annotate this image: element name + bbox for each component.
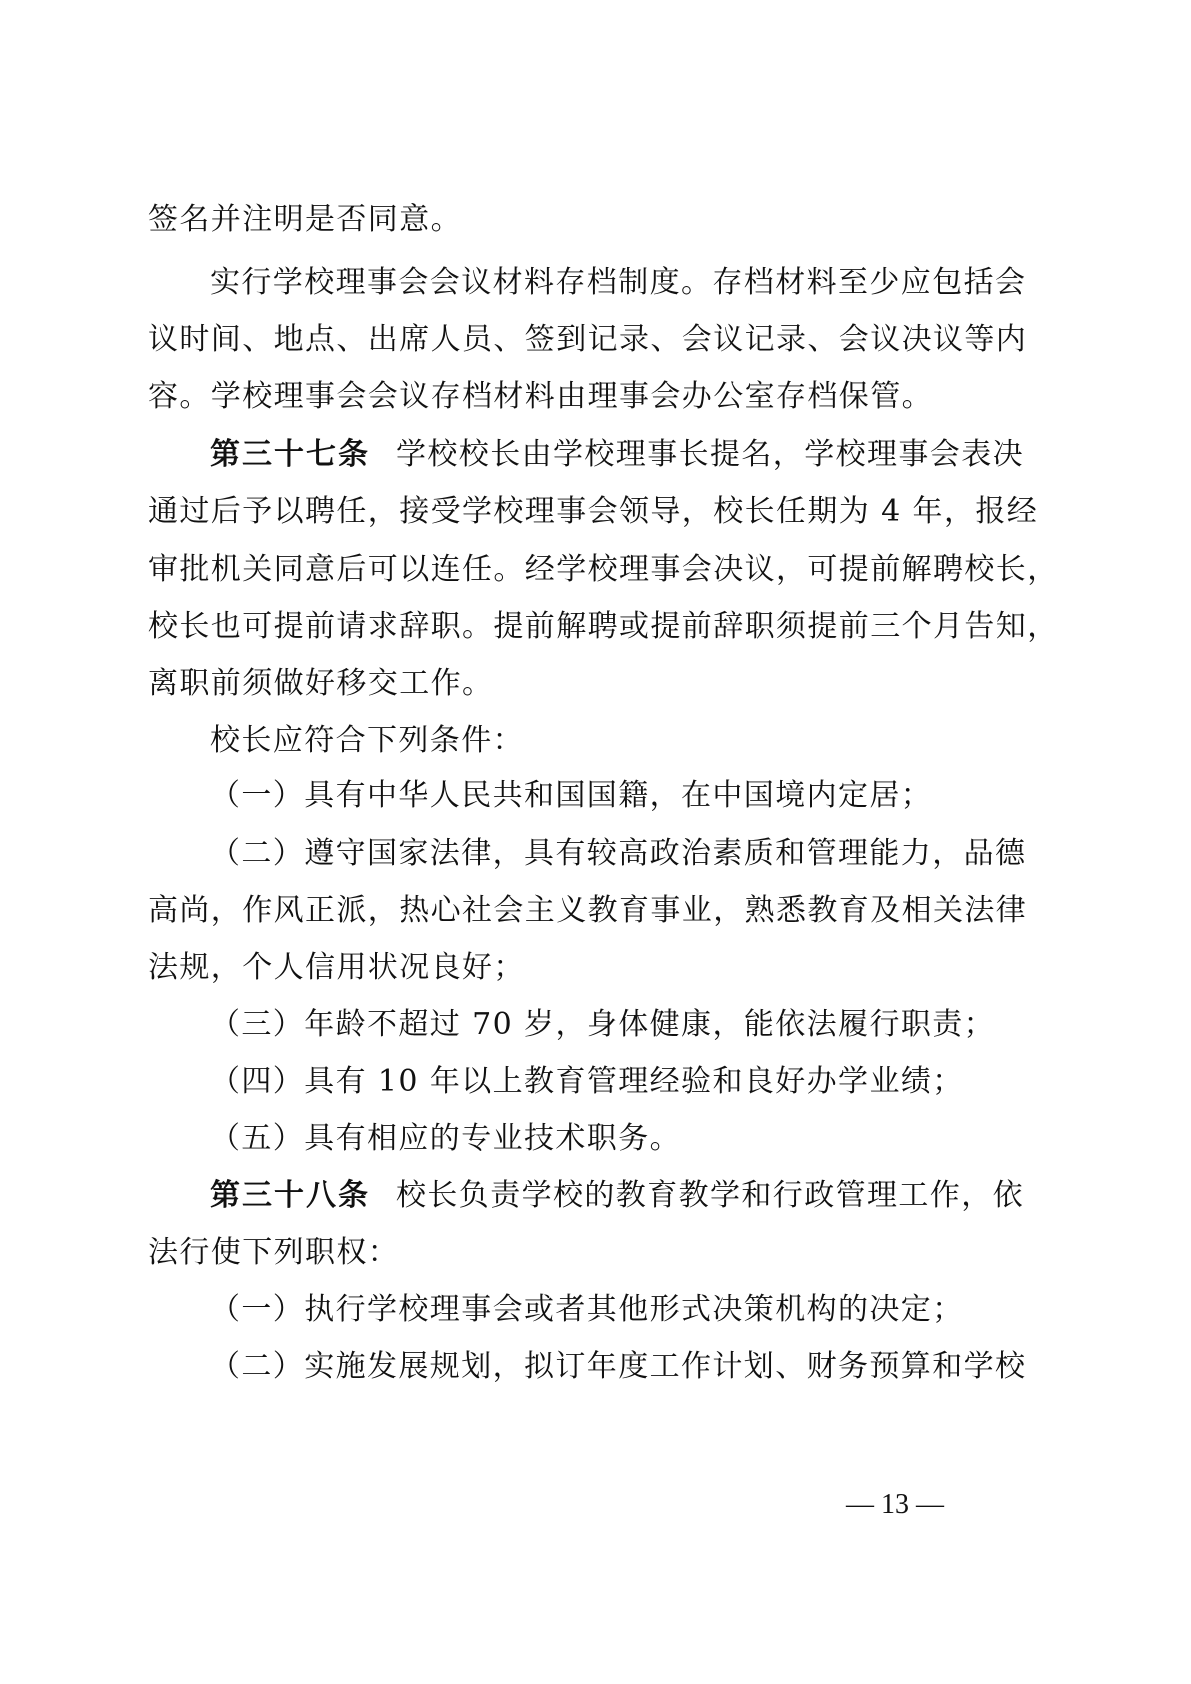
article-37-heading-line: 第三十七条学校校长由学校理事长提名，学校理事会表决 — [210, 435, 978, 475]
condition-item-2-line-1: （二）遵守国家法律，具有较高政治素质和管理能力，品德 — [210, 834, 978, 874]
article-38-heading-line: 第三十八条校长负责学校的教育教学和行政管理工作，依 — [210, 1176, 978, 1216]
article-38-text: 校长负责学校的教育教学和行政管理工作，依 — [396, 1178, 1024, 1213]
paragraph-archive-line-2: 议时间、地点、出席人员、签到记录、会议记录、会议决议等内 — [148, 320, 978, 360]
power-item-2: （二）实施发展规划，拟订年度工作计划、财务预算和学校 — [210, 1347, 978, 1387]
article-37-line-3: 审批机关同意后可以连任。经学校理事会决议，可提前解聘校长， — [148, 550, 978, 590]
condition-item-2-line-2: 高尚，作风正派，热心社会主义教育事业，熟悉教育及相关法律 — [148, 891, 978, 931]
text-line: 签名并注明是否同意。 — [148, 200, 978, 240]
article-37-line-5: 离职前须做好移交工作。 — [148, 664, 978, 704]
paragraph-archive-line-1: 实行学校理事会会议材料存档制度。存档材料至少应包括会 — [210, 263, 978, 303]
condition-item-1: （一）具有中华人民共和国国籍，在中国境内定居； — [210, 776, 978, 816]
paragraph-archive-line-3: 容。学校理事会会议存档材料由理事会办公室存档保管。 — [148, 377, 978, 417]
article-38-line-2: 法行使下列职权： — [148, 1233, 978, 1273]
article-37-text: 学校校长由学校理事长提名，学校理事会表决 — [396, 437, 1024, 472]
article-37-line-4: 校长也可提前请求辞职。提前解聘或提前辞职须提前三个月告知， — [148, 607, 978, 647]
condition-item-3: （三）年龄不超过 70 岁，身体健康，能依法履行职责； — [210, 1005, 978, 1045]
condition-item-4: （四）具有 10 年以上教育管理经验和良好办学业绩； — [210, 1062, 978, 1102]
article-37-label: 第三十七条 — [210, 437, 370, 472]
conditions-intro: 校长应符合下列条件： — [210, 721, 978, 761]
article-38-label: 第三十八条 — [210, 1178, 370, 1213]
condition-item-5: （五）具有相应的专业技术职务。 — [210, 1119, 978, 1159]
power-item-1: （一）执行学校理事会或者其他形式决策机构的决定； — [210, 1290, 978, 1330]
document-page: 签名并注明是否同意。 实行学校理事会会议材料存档制度。存档材料至少应包括会 议时… — [0, 0, 1191, 1684]
condition-item-2-line-3: 法规，个人信用状况良好； — [148, 948, 978, 988]
page-number: — 13 — — [830, 1487, 960, 1523]
article-37-line-2: 通过后予以聘任，接受学校理事会领导，校长任期为 4 年，报经 — [148, 492, 978, 532]
